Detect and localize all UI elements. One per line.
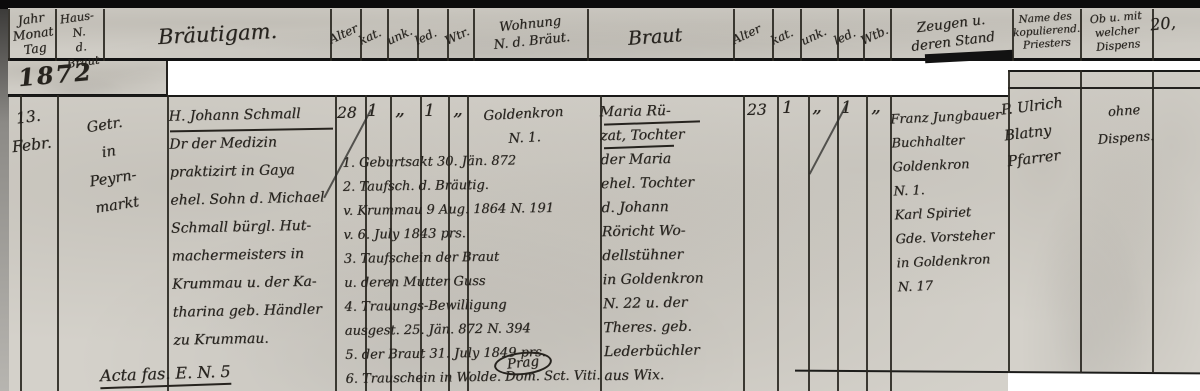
header-col-priest: Name des kopulierend. Priesters <box>1012 10 1081 54</box>
record-groom-noncatholic-mark: „ <box>395 98 405 120</box>
column-line <box>808 95 810 391</box>
header-col-dispensation: Ob u. mit welcher Dispens <box>1080 8 1153 56</box>
record-dwelling: Goldenkron N. 1. <box>467 99 581 153</box>
scan-white-gap <box>1008 373 1200 391</box>
column-line <box>837 95 839 391</box>
column-line <box>743 95 745 391</box>
ruled-line <box>1008 87 1200 89</box>
record-documents-list: 1. Geburtsakt 30. Jän. 872 2. Taufsch. d… <box>342 148 617 391</box>
record-bride-age: 23 <box>747 101 767 119</box>
record-groom-age: 28 <box>337 104 357 122</box>
record-bride-catholic-mark: 1 <box>782 98 793 118</box>
column-line <box>866 95 868 391</box>
scan-white-gap <box>168 61 1008 95</box>
record-place: Getr. in Peyrn- markt <box>50 104 172 227</box>
header-col-date: Jahr Monat Tag <box>7 8 59 59</box>
record-witnesses-text: Franz Jungbauer Buchhalter Goldenkron N.… <box>890 104 1010 301</box>
column-line <box>777 95 779 391</box>
record-groom-widower-mark: „ <box>453 98 463 120</box>
register-scan: Jahr Monat Tag Haus- N. d. Braut Bräutig… <box>0 0 1200 391</box>
column-line <box>587 9 589 61</box>
scan-white-gap <box>1008 61 1200 70</box>
record-bride-text: Maria Rü- zat, Tochter der Maria ehel. T… <box>599 98 742 388</box>
record-bride-single-mark: 1 <box>841 98 852 118</box>
record-dispensation-note: ohne Dispens. <box>1084 95 1166 154</box>
record-groom-single-mark: 1 <box>424 101 435 121</box>
record-groom-text: H. Johann Schmall Dr der Medizin praktiz… <box>168 99 337 354</box>
record-bride-noncatholic-mark: „ <box>812 95 822 117</box>
record-acta-note: Acta fas. E. N. 5 <box>100 362 231 390</box>
record-bride-widow-mark: „ <box>871 95 881 117</box>
